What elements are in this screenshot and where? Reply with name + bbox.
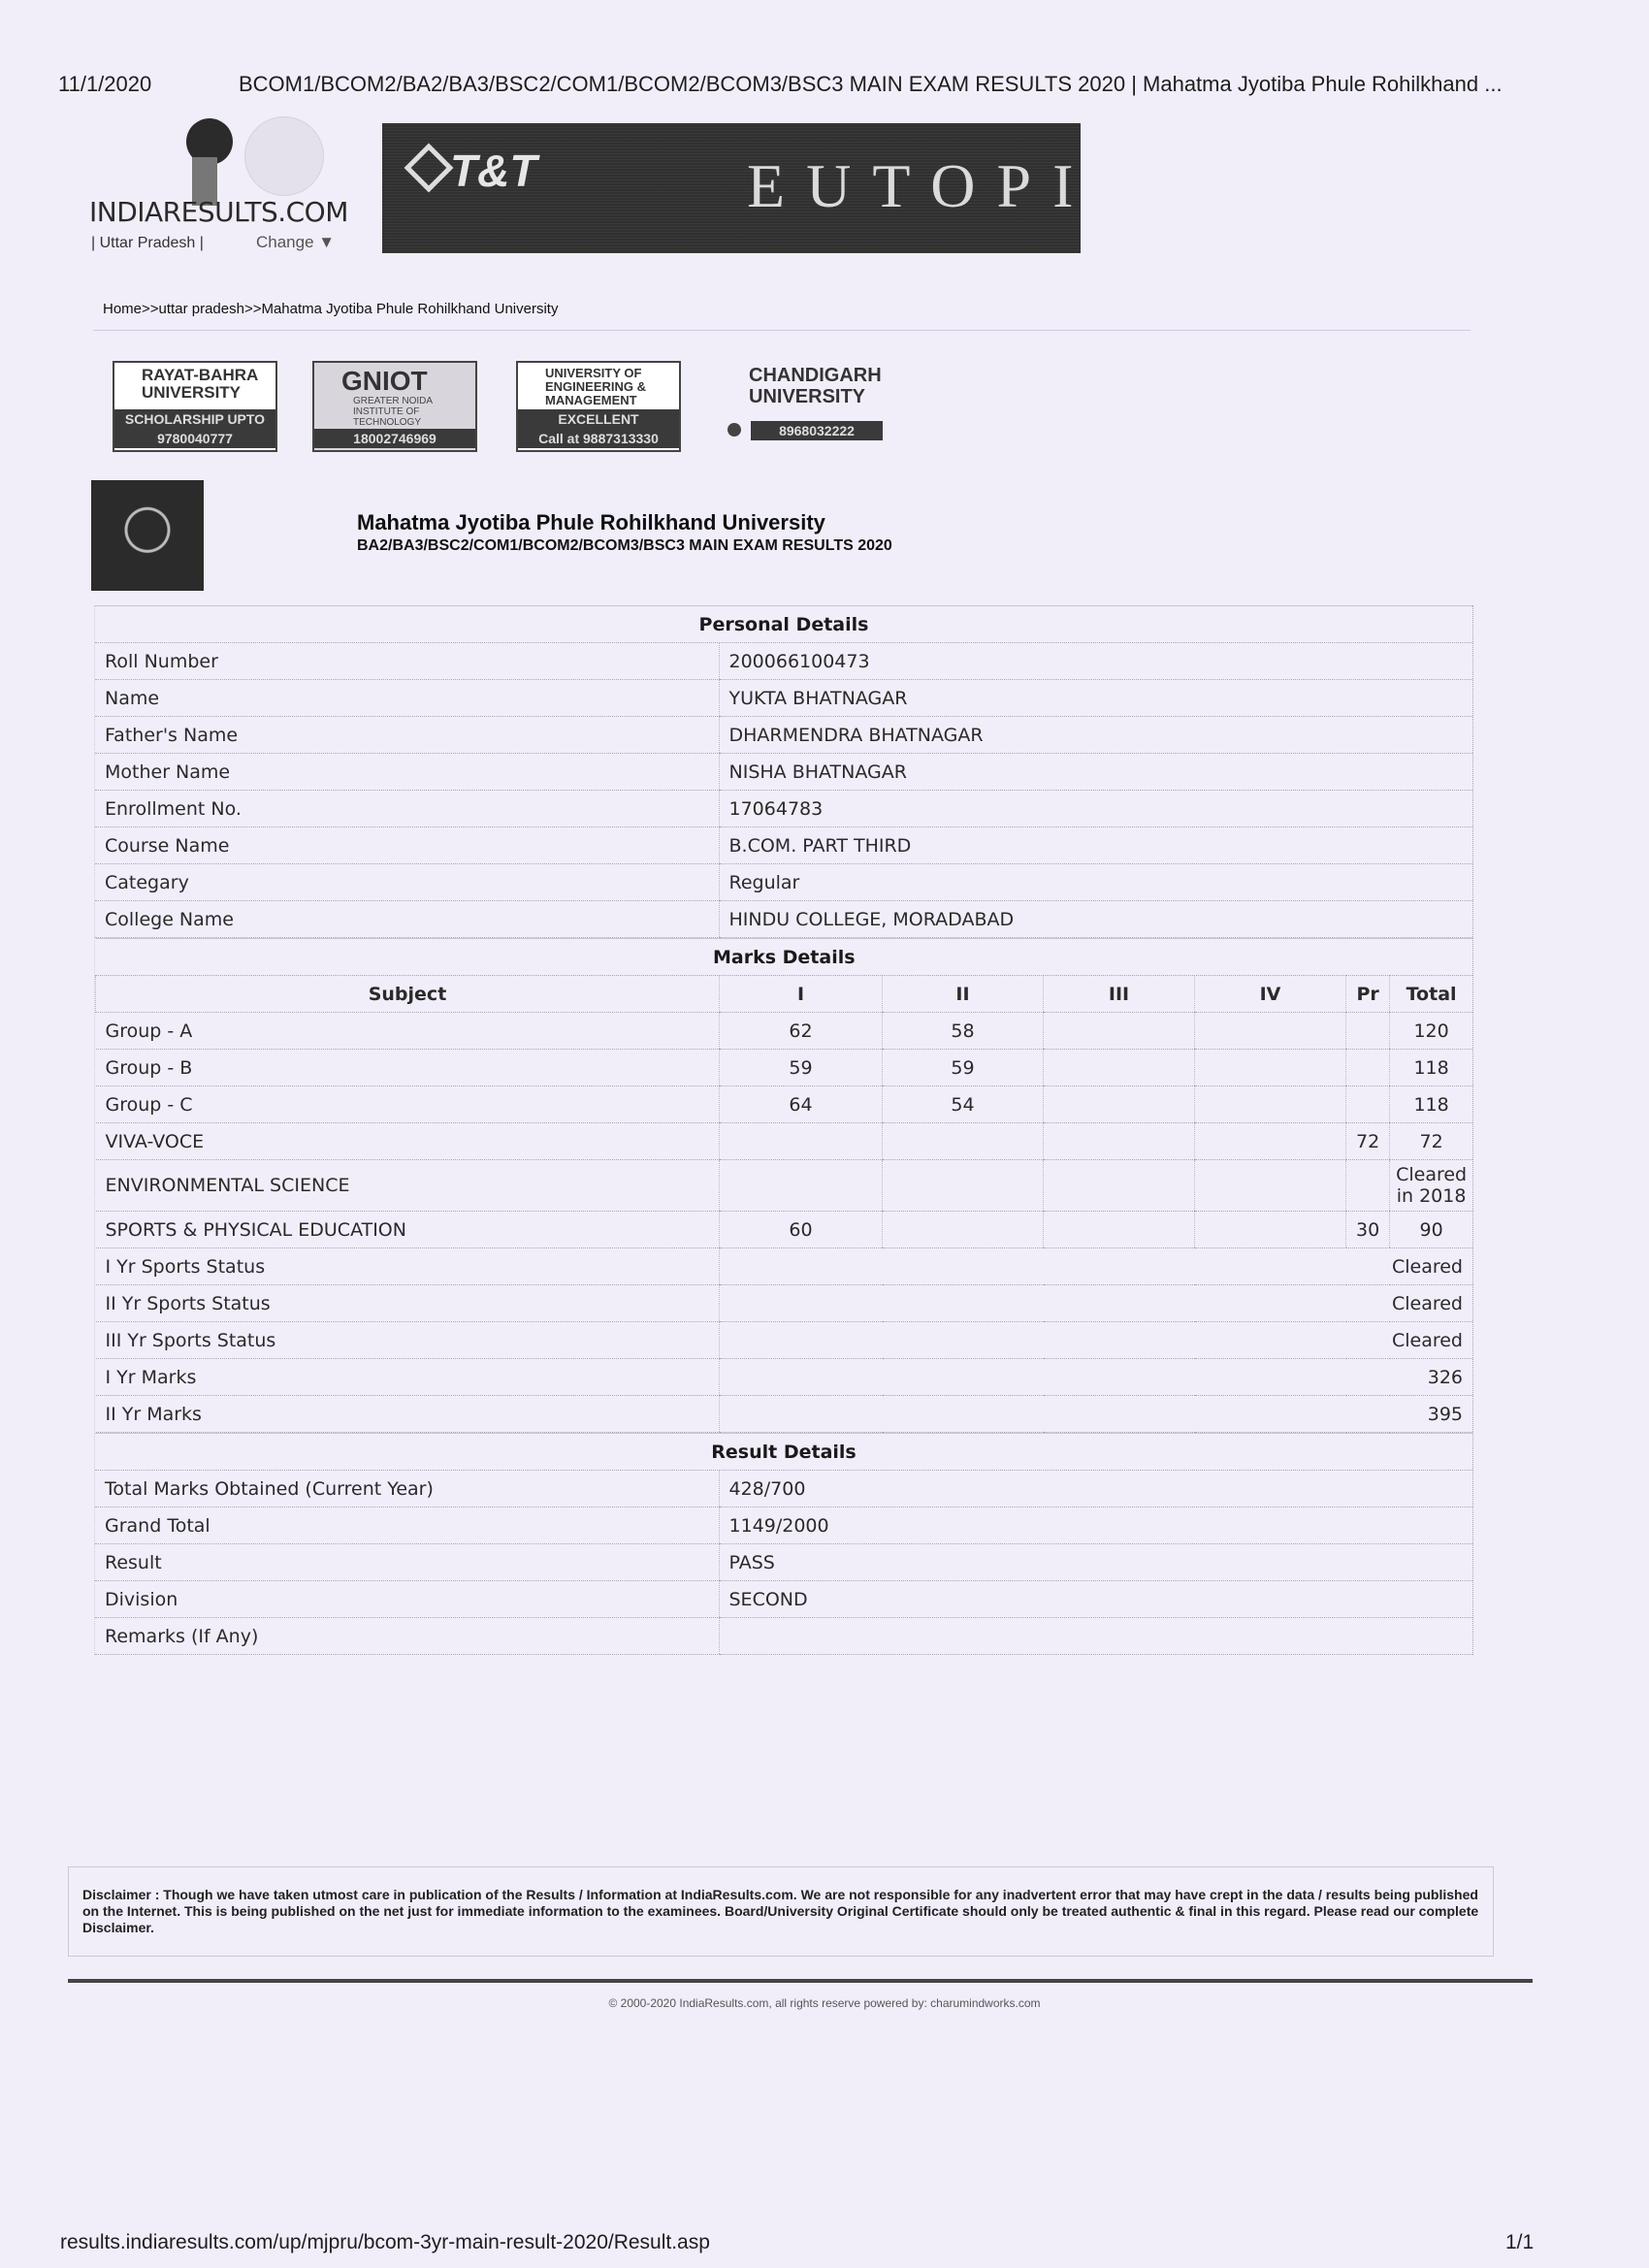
- mark-cell: [1195, 1050, 1346, 1086]
- status-label: II Yr Sports Status: [96, 1285, 720, 1322]
- table-row: Mother NameNISHA BHATNAGAR: [95, 754, 1472, 791]
- mark-cell: [1044, 1050, 1195, 1086]
- exam-title: BA2/BA3/BSC2/COM1/BCOM2/BCOM3/BSC3 MAIN …: [357, 537, 892, 555]
- breadcrumb-home[interactable]: Home: [103, 301, 142, 317]
- mark-cell: 64: [720, 1086, 883, 1123]
- marks-details-table: Marks Details SubjectIIIIIIIVPrTotal Gro…: [95, 938, 1472, 1433]
- ad-phone: 18002746969: [314, 429, 475, 448]
- field-label: Mother Name: [95, 754, 719, 791]
- mark-cell: [1044, 1013, 1195, 1050]
- table-row: Group - A6258120: [96, 1013, 1473, 1050]
- field-label: Father's Name: [95, 717, 719, 754]
- status-value: Cleared: [720, 1248, 1473, 1285]
- breadcrumb-separator: >>: [142, 301, 159, 317]
- status-label: II Yr Marks: [96, 1396, 720, 1433]
- field-value: B.COM. PART THIRD: [719, 827, 1472, 864]
- field-value: YUKTA BHATNAGAR: [719, 680, 1472, 717]
- table-row: Enrollment No.17064783: [95, 791, 1472, 827]
- result-value: [719, 1618, 1472, 1655]
- table-row: Group - B5959118: [96, 1050, 1473, 1086]
- result-label: Division: [95, 1581, 719, 1618]
- table-row: II Yr Sports StatusCleared: [96, 1285, 1473, 1322]
- result-label: Total Marks Obtained (Current Year): [95, 1471, 719, 1507]
- mark-cell: 120: [1390, 1013, 1472, 1050]
- status-value: 326: [720, 1359, 1473, 1396]
- field-value: NISHA BHATNAGAR: [719, 754, 1472, 791]
- table-row: III Yr Sports StatusCleared: [96, 1322, 1473, 1359]
- breadcrumb-separator: >>: [244, 301, 262, 317]
- mark-cell: [1346, 1050, 1390, 1086]
- column-header: IV: [1195, 976, 1346, 1013]
- table-row: ResultPASS: [95, 1544, 1472, 1581]
- table-row: NameYUKTA BHATNAGAR: [95, 680, 1472, 717]
- breadcrumb-university[interactable]: Mahatma Jyotiba Phule Rohilkhand Univers…: [261, 301, 558, 317]
- footer-divider: [68, 1979, 1533, 1983]
- state-map-icon: [244, 116, 324, 196]
- ad-phone: 9780040777: [114, 429, 275, 448]
- table-row: I Yr Marks326: [96, 1359, 1473, 1396]
- mark-cell: 90: [1390, 1212, 1472, 1248]
- result-value: SECOND: [719, 1581, 1472, 1618]
- ad-rayat-bahra[interactable]: RAYAT-BAHRA UNIVERSITY SCHOLARSHIP UPTO …: [113, 361, 277, 452]
- field-value: 200066100473: [719, 643, 1472, 680]
- table-row: DivisionSECOND: [95, 1581, 1472, 1618]
- field-label: Name: [95, 680, 719, 717]
- ad-phone: 8968032222: [751, 421, 883, 440]
- mark-cell: [1195, 1086, 1346, 1123]
- table-row: Course NameB.COM. PART THIRD: [95, 827, 1472, 864]
- mark-cell: 118: [1390, 1086, 1472, 1123]
- column-header: III: [1044, 976, 1195, 1013]
- mark-cell: [1195, 1160, 1346, 1212]
- banner-brand-secondary: EUTOPI: [747, 150, 1094, 222]
- status-label: I Yr Marks: [96, 1359, 720, 1396]
- brand-diamond-icon: [404, 144, 454, 193]
- banner-brand-primary: T&T: [450, 145, 536, 197]
- copyright: © 2000-2020 IndiaResults.com, all rights…: [0, 1996, 1649, 2010]
- field-value: DHARMENDRA BHATNAGAR: [719, 717, 1472, 754]
- column-header: Pr: [1346, 976, 1390, 1013]
- table-row: Grand Total1149/2000: [95, 1507, 1472, 1544]
- mark-cell: [883, 1160, 1044, 1212]
- print-page-number: 1/1: [1505, 2231, 1534, 2254]
- ad-title: CHANDIGARH UNIVERSITY: [722, 361, 883, 407]
- region-label: | Uttar Pradesh |: [91, 235, 204, 252]
- mark-cell: 72: [1390, 1123, 1472, 1160]
- result-value: 1149/2000: [719, 1507, 1472, 1544]
- column-header: Subject: [96, 976, 720, 1013]
- result-details-heading: Result Details: [95, 1434, 1472, 1471]
- mark-cell: 59: [883, 1050, 1044, 1086]
- subject-name: Group - B: [96, 1050, 720, 1086]
- field-label: Course Name: [95, 827, 719, 864]
- mark-cell: [1195, 1013, 1346, 1050]
- table-row: Total Marks Obtained (Current Year)428/7…: [95, 1471, 1472, 1507]
- table-row: Roll Number200066100473: [95, 643, 1472, 680]
- field-label: Roll Number: [95, 643, 719, 680]
- mark-cell: [1044, 1160, 1195, 1212]
- mark-cell: [1195, 1212, 1346, 1248]
- print-date: 11/1/2020: [58, 72, 151, 96]
- table-row: CategaryRegular: [95, 864, 1472, 901]
- mark-cell: 60: [720, 1212, 883, 1248]
- breadcrumb-state[interactable]: uttar pradesh: [159, 301, 244, 317]
- result-value: 428/700: [719, 1471, 1472, 1507]
- column-header: Total: [1390, 976, 1472, 1013]
- mark-cell: [720, 1160, 883, 1212]
- mark-cell: [1044, 1086, 1195, 1123]
- personal-details-heading: Personal Details: [95, 606, 1472, 643]
- field-value: HINDU COLLEGE, MORADABAD: [719, 901, 1472, 938]
- column-header: I: [720, 976, 883, 1013]
- mark-cell: 54: [883, 1086, 1044, 1123]
- status-label: III Yr Sports Status: [96, 1322, 720, 1359]
- mark-cell: 62: [720, 1013, 883, 1050]
- status-value: Cleared: [720, 1322, 1473, 1359]
- mark-cell: [1044, 1123, 1195, 1160]
- university-emblem-icon: [91, 480, 204, 591]
- mark-cell: 58: [883, 1013, 1044, 1050]
- table-row: SPORTS & PHYSICAL EDUCATION603090: [96, 1212, 1473, 1248]
- result-label: Grand Total: [95, 1507, 719, 1544]
- status-value: Cleared: [720, 1285, 1473, 1322]
- subject-name: SPORTS & PHYSICAL EDUCATION: [96, 1212, 720, 1248]
- result-label: Remarks (If Any): [95, 1618, 719, 1655]
- personal-details-table: Personal Details Roll Number200066100473…: [95, 605, 1472, 938]
- disclaimer: Disclaimer : Though we have taken utmost…: [68, 1866, 1494, 1957]
- table-row: I Yr Sports StatusCleared: [96, 1248, 1473, 1285]
- field-label: Categary: [95, 864, 719, 901]
- table-row: Group - C6454118: [96, 1086, 1473, 1123]
- table-row: College NameHINDU COLLEGE, MORADABAD: [95, 901, 1472, 938]
- ad-gniot[interactable]: GNIOT GREATER NOIDA INSTITUTE OF TECHNOL…: [312, 361, 477, 452]
- field-label: Enrollment No.: [95, 791, 719, 827]
- site-logo[interactable]: INDIARESULTS.COM | Uttar Pradesh | Chang…: [89, 116, 341, 262]
- mark-cell: 118: [1390, 1050, 1472, 1086]
- table-row: II Yr Marks395: [96, 1396, 1473, 1433]
- table-row: Father's NameDHARMENDRA BHATNAGAR: [95, 717, 1472, 754]
- status-label: I Yr Sports Status: [96, 1248, 720, 1285]
- print-header: 11/1/2020 BCOM1/BCOM2/BA2/BA3/BSC2/COM1/…: [58, 72, 151, 97]
- logo-figure-icon: [186, 118, 244, 206]
- print-footer-url: results.indiaresults.com/up/mjpru/bcom-3…: [60, 2231, 710, 2254]
- result-sheet: Personal Details Roll Number200066100473…: [94, 605, 1473, 1655]
- mark-cell: [1195, 1123, 1346, 1160]
- mark-cell: [1346, 1013, 1390, 1050]
- divider: [93, 330, 1471, 331]
- mark-cell: 59: [720, 1050, 883, 1086]
- university-name: Mahatma Jyotiba Phule Rohilkhand Univers…: [357, 510, 825, 535]
- field-value: Regular: [719, 864, 1472, 901]
- mark-cell: [883, 1123, 1044, 1160]
- mark-cell: [720, 1123, 883, 1160]
- subject-name: ENVIRONMENTAL SCIENCE: [96, 1160, 720, 1212]
- ad-tagline: GREATER NOIDA INSTITUTE OF TECHNOLOGY: [314, 396, 475, 428]
- column-header: II: [883, 976, 1044, 1013]
- ad-title: GNIOT: [314, 363, 475, 396]
- ad-uem[interactable]: UNIVERSITY OF ENGINEERING & MANAGEMENT E…: [516, 361, 681, 452]
- banner-ad[interactable]: T&T EUTOPI: [382, 123, 1081, 253]
- table-row: ENVIRONMENTAL SCIENCECleared in 2018: [96, 1160, 1473, 1212]
- mark-cell: [883, 1212, 1044, 1248]
- ad-chandigarh[interactable]: CHANDIGARH UNIVERSITY 8968032222: [722, 361, 883, 448]
- mark-cell: 30: [1346, 1212, 1390, 1248]
- field-value: 17064783: [719, 791, 1472, 827]
- table-row: VIVA-VOCE7272: [96, 1123, 1473, 1160]
- table-row: Remarks (If Any): [95, 1618, 1472, 1655]
- subject-name: Group - C: [96, 1086, 720, 1123]
- subject-name: Group - A: [96, 1013, 720, 1050]
- logo-text: INDIARESULTS.COM: [89, 196, 348, 228]
- phone-icon: [727, 423, 741, 437]
- breadcrumb: Home>>uttar pradesh>>Mahatma Jyotiba Phu…: [103, 301, 558, 317]
- mark-cell: 72: [1346, 1123, 1390, 1160]
- field-label: College Name: [95, 901, 719, 938]
- ad-title: UNIVERSITY OF ENGINEERING & MANAGEMENT: [518, 363, 679, 407]
- mark-cell: [1044, 1212, 1195, 1248]
- mark-cell: [1346, 1086, 1390, 1123]
- mark-cell: Cleared in 2018: [1390, 1160, 1472, 1212]
- mark-cell: [1346, 1160, 1390, 1212]
- result-value: PASS: [719, 1544, 1472, 1581]
- status-value: 395: [720, 1396, 1473, 1433]
- ad-phone: Call at 9887313330: [518, 429, 679, 448]
- ad-title: RAYAT-BAHRA UNIVERSITY: [114, 363, 275, 402]
- subject-name: VIVA-VOCE: [96, 1123, 720, 1160]
- result-details-table: Result Details Total Marks Obtained (Cur…: [95, 1433, 1472, 1655]
- change-region-link[interactable]: Change ▼: [256, 233, 335, 252]
- marks-details-heading: Marks Details: [96, 939, 1473, 976]
- ad-tagline: SCHOLARSHIP UPTO: [114, 409, 275, 429]
- print-title: BCOM1/BCOM2/BA2/BA3/BSC2/COM1/BCOM2/BCOM…: [239, 72, 1503, 97]
- result-label: Result: [95, 1544, 719, 1581]
